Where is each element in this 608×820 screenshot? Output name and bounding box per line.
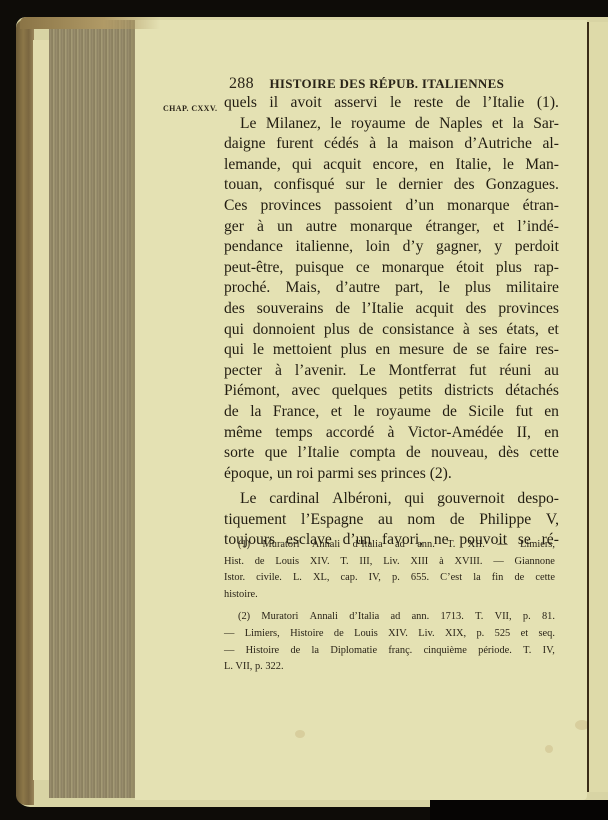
footnote-line: Hist.deLouisXIV.T.III,Liv.XIIIàXVIII.—Gi… — [224, 554, 555, 571]
page-number: 288 — [229, 75, 254, 92]
text-line: pecteràl’avenir.LeMontferratfutréuniau — [224, 361, 559, 382]
footnote-line: —HistoiredelaDiplomatiefranç.cinquièmepé… — [224, 643, 555, 660]
text-line: quilemettoientplusenmesuredesefaireres- — [224, 340, 559, 361]
text-line: lemande,quiacquitencore,enItalie,leMan- — [224, 155, 559, 176]
facing-page-edge — [589, 22, 608, 792]
text-line: quelsilavoitasservilerestedel’Italie(1). — [224, 93, 559, 114]
text-line: sortequel’Italiecomptadenouveau,dèscette — [224, 443, 559, 464]
text-line: delaFrance,etleroyaumedeSicilefuten — [224, 402, 559, 423]
text-line: LeMilanez,leroyaumedeNaplesetlaSar- — [224, 114, 559, 135]
running-title: HISTOIRE DES RÉPUB. ITALIENNES — [269, 76, 504, 91]
text-line: pendanceitalienne,loind’ygagner,yperdoit — [224, 237, 559, 258]
text-line: geràunautremonarqueétranger,etl’indé- — [224, 217, 559, 238]
text-line: dessouverainsdel’Italieacquitdesprovince… — [224, 299, 559, 320]
footnote-line: —Limiers,HistoiredeLouisXIV.Liv.XIX,p.52… — [224, 626, 555, 643]
text-line: mêmetempsaccordéàVictor-AmédéeII,en — [224, 423, 559, 444]
footnote-line: L. VII, p. 322. — [224, 659, 555, 676]
footnote-1: (1)MuratoriAnnalid’Italiaadann.T.XII.—Li… — [224, 537, 555, 603]
text-line: proché.Mais,d’autrepart,leplusmilitaire — [224, 278, 559, 299]
foxing-spot — [295, 730, 305, 738]
text-line: daignefurentcédésàlamaisond’Autricheal- — [224, 134, 559, 155]
foxing-spot — [545, 745, 553, 753]
text-line: peut-être,puisquecemonarqueétoitplusrap- — [224, 258, 559, 279]
text-line: époque, un roi parmi ses princes (2). — [224, 464, 559, 485]
background-shadow — [430, 800, 608, 820]
footnote-line: (1)MuratoriAnnalid’Italiaadann.T.XII.—Li… — [224, 537, 555, 554]
body-text: quelsilavoitasservilerestedel’Italie(1).… — [224, 93, 559, 551]
footnotes: (1)MuratoriAnnalid’Italiaadann.T.XII.—Li… — [224, 537, 555, 676]
footnote-line: Istor.civile.L.XL,cap.IV,p.655.C’estlafi… — [224, 570, 555, 587]
text-line: touan,confisquésurledernierdesGonzagues. — [224, 175, 559, 196]
footnote-line: histoire. — [224, 587, 555, 604]
running-head: 288 HISTOIRE DES RÉPUB. ITALIENNES — [229, 75, 569, 93]
chapter-marker: CHAP. CXXV. — [163, 104, 217, 113]
torn-corner — [20, 17, 160, 29]
page-block-edges — [49, 20, 135, 798]
flyleaf — [33, 40, 49, 780]
book-cover-edge — [16, 20, 34, 805]
text-line: Piémont,avecquelquespetitsdistrictsdétac… — [224, 381, 559, 402]
text-line: LecardinalAlbéroni,quigouvernoitdespo- — [224, 489, 559, 510]
text-line: quidonnoientplusdeconsistanceàsesétats,e… — [224, 320, 559, 341]
footnote-line: (2)MuratoriAnnalid’Italiaadann.1713.T.VI… — [224, 609, 555, 626]
text-line: tiquementl’EspagneaunomdePhilippeV, — [224, 510, 559, 531]
text-line: Cesprovincespassoientd’unmonarqueétran- — [224, 196, 559, 217]
footnote-2: (2)MuratoriAnnalid’Italiaadann.1713.T.VI… — [224, 609, 555, 675]
